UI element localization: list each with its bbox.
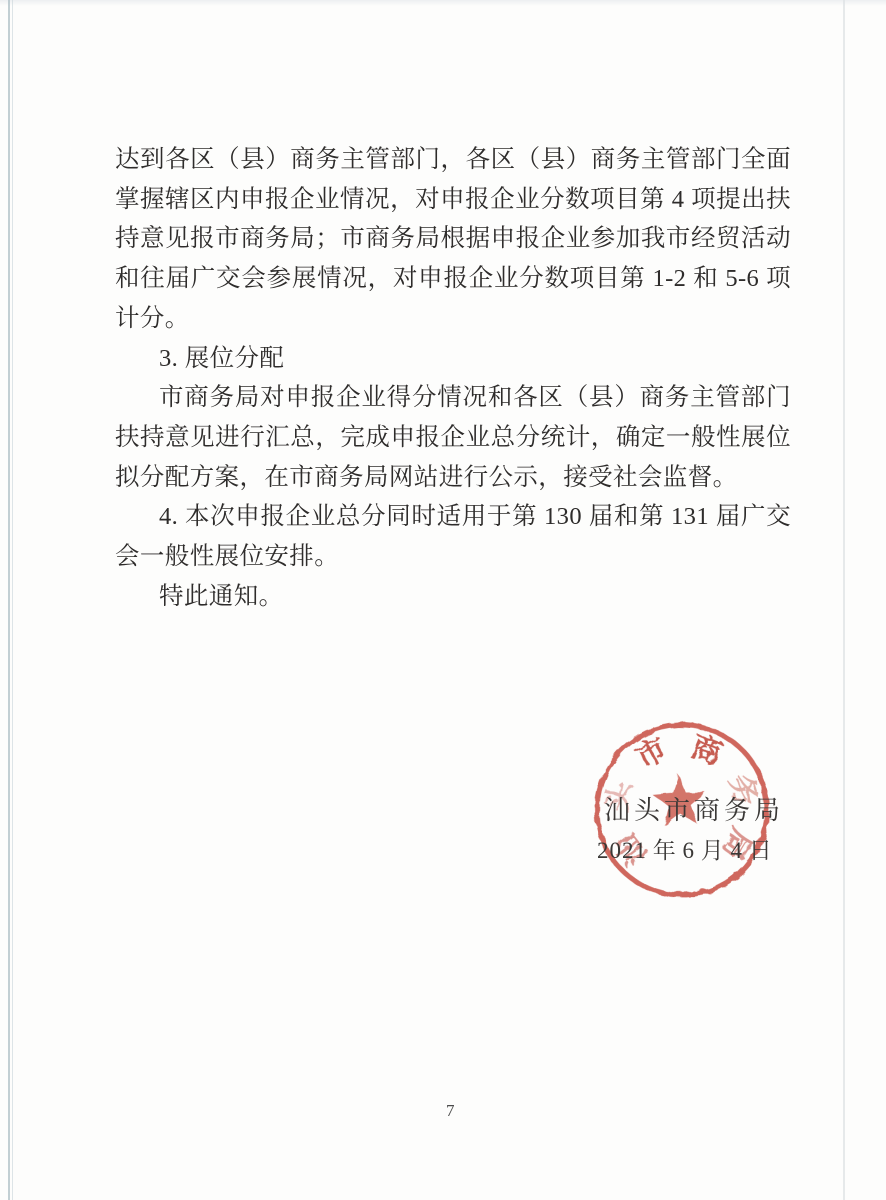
text-line: 4. 本次申报企业总分同时适用于第 130 届和第 131 届广交 xyxy=(115,497,791,537)
scanned-document-page: { "document": { "lines": [ "达到各区（县）商务主管部… xyxy=(0,0,886,1200)
section-heading-3: 3. 展位分配 xyxy=(115,339,791,379)
text-line: 扶持意见进行汇总，完成申报企业总分统计，确定一般性展位 xyxy=(115,418,791,458)
text-line: 持意见报市商务局；市商务局根据申报企业参加我市经贸活动 xyxy=(115,219,791,259)
text-line: 和往届广交会参展情况，对申报企业分数项目第 1-2 和 5-6 项 xyxy=(115,259,791,299)
page-number: 7 xyxy=(446,1101,455,1121)
signature-date: 2021 年 6 月 4 日 xyxy=(597,832,773,865)
scan-top-shadow xyxy=(0,0,886,6)
scan-left-line xyxy=(8,0,10,1200)
document-body-text: 达到各区（县）商务主管部门，各区（县）商务主管部门全面 掌握辖区内申报企业情况，… xyxy=(115,140,791,616)
text-line: 达到各区（县）商务主管部门，各区（县）商务主管部门全面 xyxy=(115,140,791,180)
signature-agency: 汕头市商务局 xyxy=(604,790,784,827)
scan-right-line xyxy=(843,0,845,1200)
text-line: 拟分配方案，在市商务局网站进行公示，接受社会监督。 xyxy=(115,458,791,498)
closing-line: 特此通知。 xyxy=(115,577,791,617)
text-line: 计分。 xyxy=(115,299,791,339)
text-line: 掌握辖区内申报企业情况，对申报企业分数项目第 4 项提出扶 xyxy=(115,180,791,220)
text-line: 会一般性展位安排。 xyxy=(115,537,791,577)
text-line: 市商务局对申报企业得分情况和各区（县）商务主管部门 xyxy=(115,378,791,418)
scan-left-line-2 xyxy=(12,0,13,1200)
